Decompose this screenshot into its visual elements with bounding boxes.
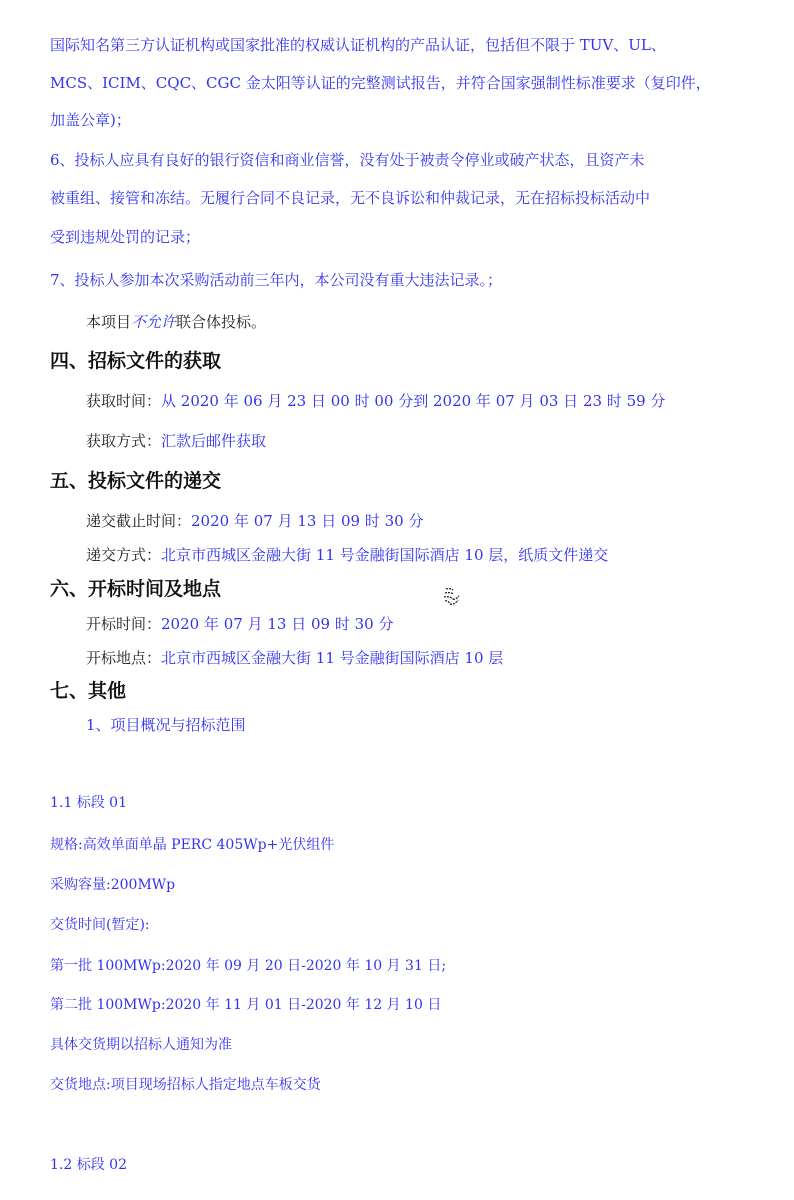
lot-01-batch-2: 第二批 100MWp:2020 年 11 月 01 日-2020 年 12 月 … xyxy=(50,995,441,1015)
lot-01-spec: 规格:高效单面单晶 PERC 405Wp+光伏组件 xyxy=(50,835,334,855)
cert-line-3: 加盖公章)； xyxy=(50,110,131,130)
acquire-method-value: 汇款后邮件获取 xyxy=(161,432,266,450)
lot-01-delivery-time-label: 交货时间(暂定): xyxy=(50,915,150,935)
acquire-method-label: 获取方式： xyxy=(86,432,161,450)
item6-line-3: 受到违规处罚的记录； xyxy=(50,227,200,247)
acquire-time-label: 获取时间： xyxy=(86,392,161,410)
submit-method-label: 递交方式： xyxy=(86,546,161,564)
acquire-time-value: 从 2020 年 06 月 23 日 00 时 00 分到 2020 年 07 … xyxy=(161,392,665,410)
submit-deadline-value: 2020 年 07 月 13 日 09 时 30 分 xyxy=(191,512,423,530)
acquire-method: 获取方式：汇款后邮件获取 xyxy=(86,431,266,451)
consortium-statement: 本项目不允许联合体投标。 xyxy=(86,312,266,332)
acquire-time: 获取时间：从 2020 年 06 月 23 日 00 时 00 分到 2020 … xyxy=(86,391,665,411)
submit-method-value: 北京市西城区金融大街 11 号金融街国际酒店 10 层，纸质文件递交 xyxy=(161,546,608,564)
consortium-suffix: 联合体投标。 xyxy=(176,313,266,331)
item7: 7、投标人参加本次采购活动前三年内，本公司没有重大违法记录。； xyxy=(50,270,502,290)
hand-pointer-icon xyxy=(440,585,464,609)
section-4-heading: 四、招标文件的获取 xyxy=(50,349,221,373)
opening-place-value: 北京市西城区金融大街 11 号金融街国际酒店 10 层 xyxy=(161,649,503,667)
lot-01-batch-1: 第一批 100MWp:2020 年 09 月 20 日-2020 年 10 月 … xyxy=(50,956,446,976)
lot-01-delivery-place: 交货地点:项目现场招标人指定地点车板交货 xyxy=(50,1075,321,1095)
lot-01-delivery-note: 具体交货期以招标人通知为准 xyxy=(50,1035,232,1055)
section-5-heading: 五、投标文件的递交 xyxy=(50,469,221,493)
consortium-value: 不允许 xyxy=(131,313,176,331)
submit-deadline: 递交截止时间：2020 年 07 月 13 日 09 时 30 分 xyxy=(86,511,423,531)
item6-line-2: 被重组、接管和冻结。无履行合同不良记录，无不良诉讼和仲裁记录，无在招标投标活动中 xyxy=(50,188,650,208)
lot-02-title: 1.2 标段 02 xyxy=(50,1155,127,1175)
project-overview-item: 1、项目概况与招标范围 xyxy=(86,715,246,735)
opening-time: 开标时间：2020 年 07 月 13 日 09 时 30 分 xyxy=(86,614,393,634)
section-7-heading: 七、其他 xyxy=(50,679,126,703)
lot-01-capacity: 采购容量:200MWp xyxy=(50,875,175,895)
opening-place: 开标地点：北京市西城区金融大街 11 号金融街国际酒店 10 层 xyxy=(86,648,503,668)
lot-01-title: 1.1 标段 01 xyxy=(50,793,127,813)
cert-line-2: MCS、ICIM、CQC、CGC 金太阳等认证的完整测试报告，并符合国家强制性标… xyxy=(50,73,711,93)
submit-method: 递交方式：北京市西城区金融大街 11 号金融街国际酒店 10 层，纸质文件递交 xyxy=(86,545,608,565)
section-6-heading: 六、开标时间及地点 xyxy=(50,577,221,601)
submit-deadline-label: 递交截止时间： xyxy=(86,512,191,530)
opening-place-label: 开标地点： xyxy=(86,649,161,667)
consortium-prefix: 本项目 xyxy=(86,313,131,331)
item6-line-1: 6、投标人应具有良好的银行资信和商业信誉，没有处于被责令停业或破产状态，且资产未 xyxy=(50,150,645,170)
cert-line-1: 国际知名第三方认证机构或国家批准的权威认证机构的产品认证，包括但不限于 TUV、… xyxy=(50,35,666,55)
opening-time-value: 2020 年 07 月 13 日 09 时 30 分 xyxy=(161,615,393,633)
opening-time-label: 开标时间： xyxy=(86,615,161,633)
